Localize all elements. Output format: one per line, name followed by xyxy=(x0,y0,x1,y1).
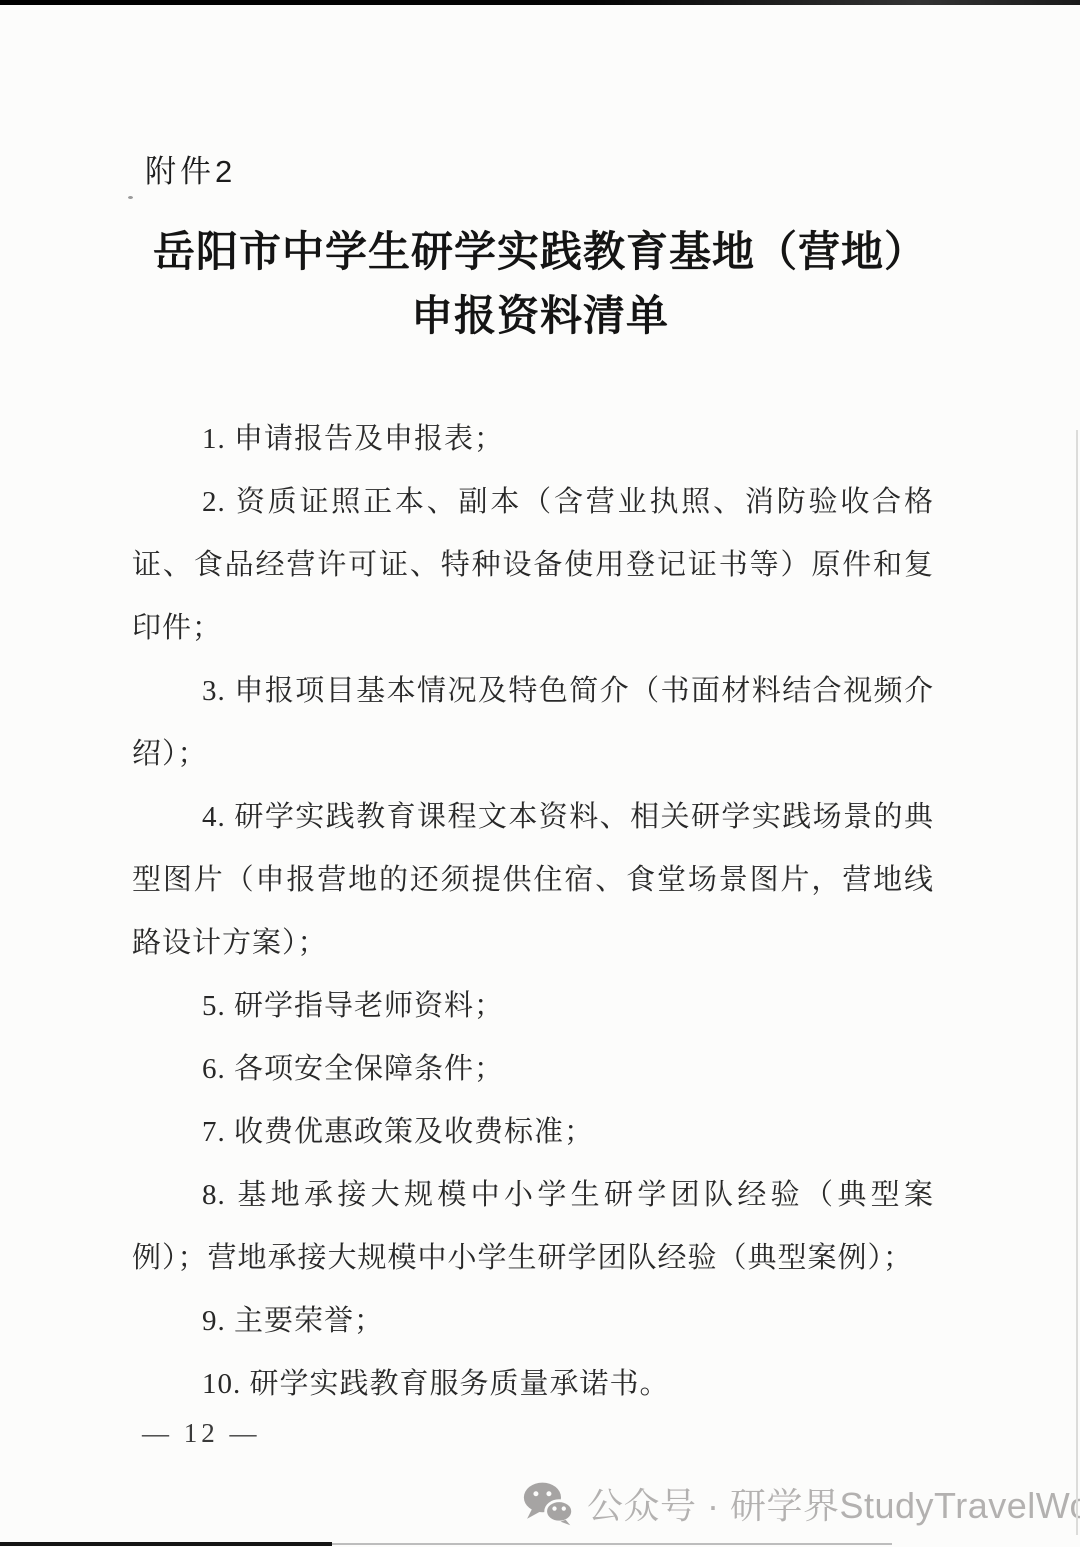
scan-right-edge xyxy=(1076,430,1078,1535)
scanned-document-page: 附件2 岳阳市中学生研学实践教育基地（营地） 申报资料清单 1. 申请报告及申报… xyxy=(0,0,1080,1547)
title-line-2: 申报资料清单 xyxy=(0,285,1080,349)
title-line-1: 岳阳市中学生研学实践教育基地（营地） xyxy=(0,221,1080,285)
watermark-footer: 公众号 · 研学界StudyTravelWorld xyxy=(522,1476,1080,1530)
document-title: 岳阳市中学生研学实践教育基地（营地） 申报资料清单 xyxy=(0,221,1080,349)
list-item-5: 5. 研学指导老师资料； xyxy=(132,975,934,1038)
wechat-icon xyxy=(522,1480,574,1526)
list-item-7: 7. 收费优惠政策及收费标准； xyxy=(132,1101,934,1164)
list-item-10: 10. 研学实践教育服务质量承诺书。 xyxy=(132,1353,934,1416)
scan-top-edge xyxy=(0,0,1080,5)
list-item-6: 6. 各项安全保障条件； xyxy=(132,1038,934,1101)
list-item-8: 8. 基地承接大规模中小学生研学团队经验（典型案例）；营地承接大规模中小学生研学… xyxy=(132,1164,934,1290)
page-number: — 12 — xyxy=(142,1418,261,1449)
list-item-1: 1. 申请报告及申报表； xyxy=(132,408,934,471)
list-item-4: 4. 研学实践教育课程文本资料、相关研学实践场景的典型图片（申报营地的还须提供住… xyxy=(132,786,934,975)
watermark-text: 公众号 · 研学界StudyTravelWorld xyxy=(587,1478,1080,1529)
materials-list: 1. 申请报告及申报表； 2. 资质证照正本、副本（含营业执照、消防验收合格证、… xyxy=(132,408,934,1416)
scan-speck xyxy=(128,196,133,199)
attachment-label: 附件2 xyxy=(145,146,236,191)
list-item-3: 3. 申报项目基本情况及特色简介（书面材料结合视频介绍）； xyxy=(132,660,934,786)
list-item-2: 2. 资质证照正本、副本（含营业执照、消防验收合格证、食品经营许可证、特种设备使… xyxy=(132,471,934,660)
scan-bottom-edge-light xyxy=(332,1543,892,1545)
list-item-9: 9. 主要荣誉； xyxy=(132,1290,934,1353)
scan-bottom-edge xyxy=(0,1542,332,1546)
